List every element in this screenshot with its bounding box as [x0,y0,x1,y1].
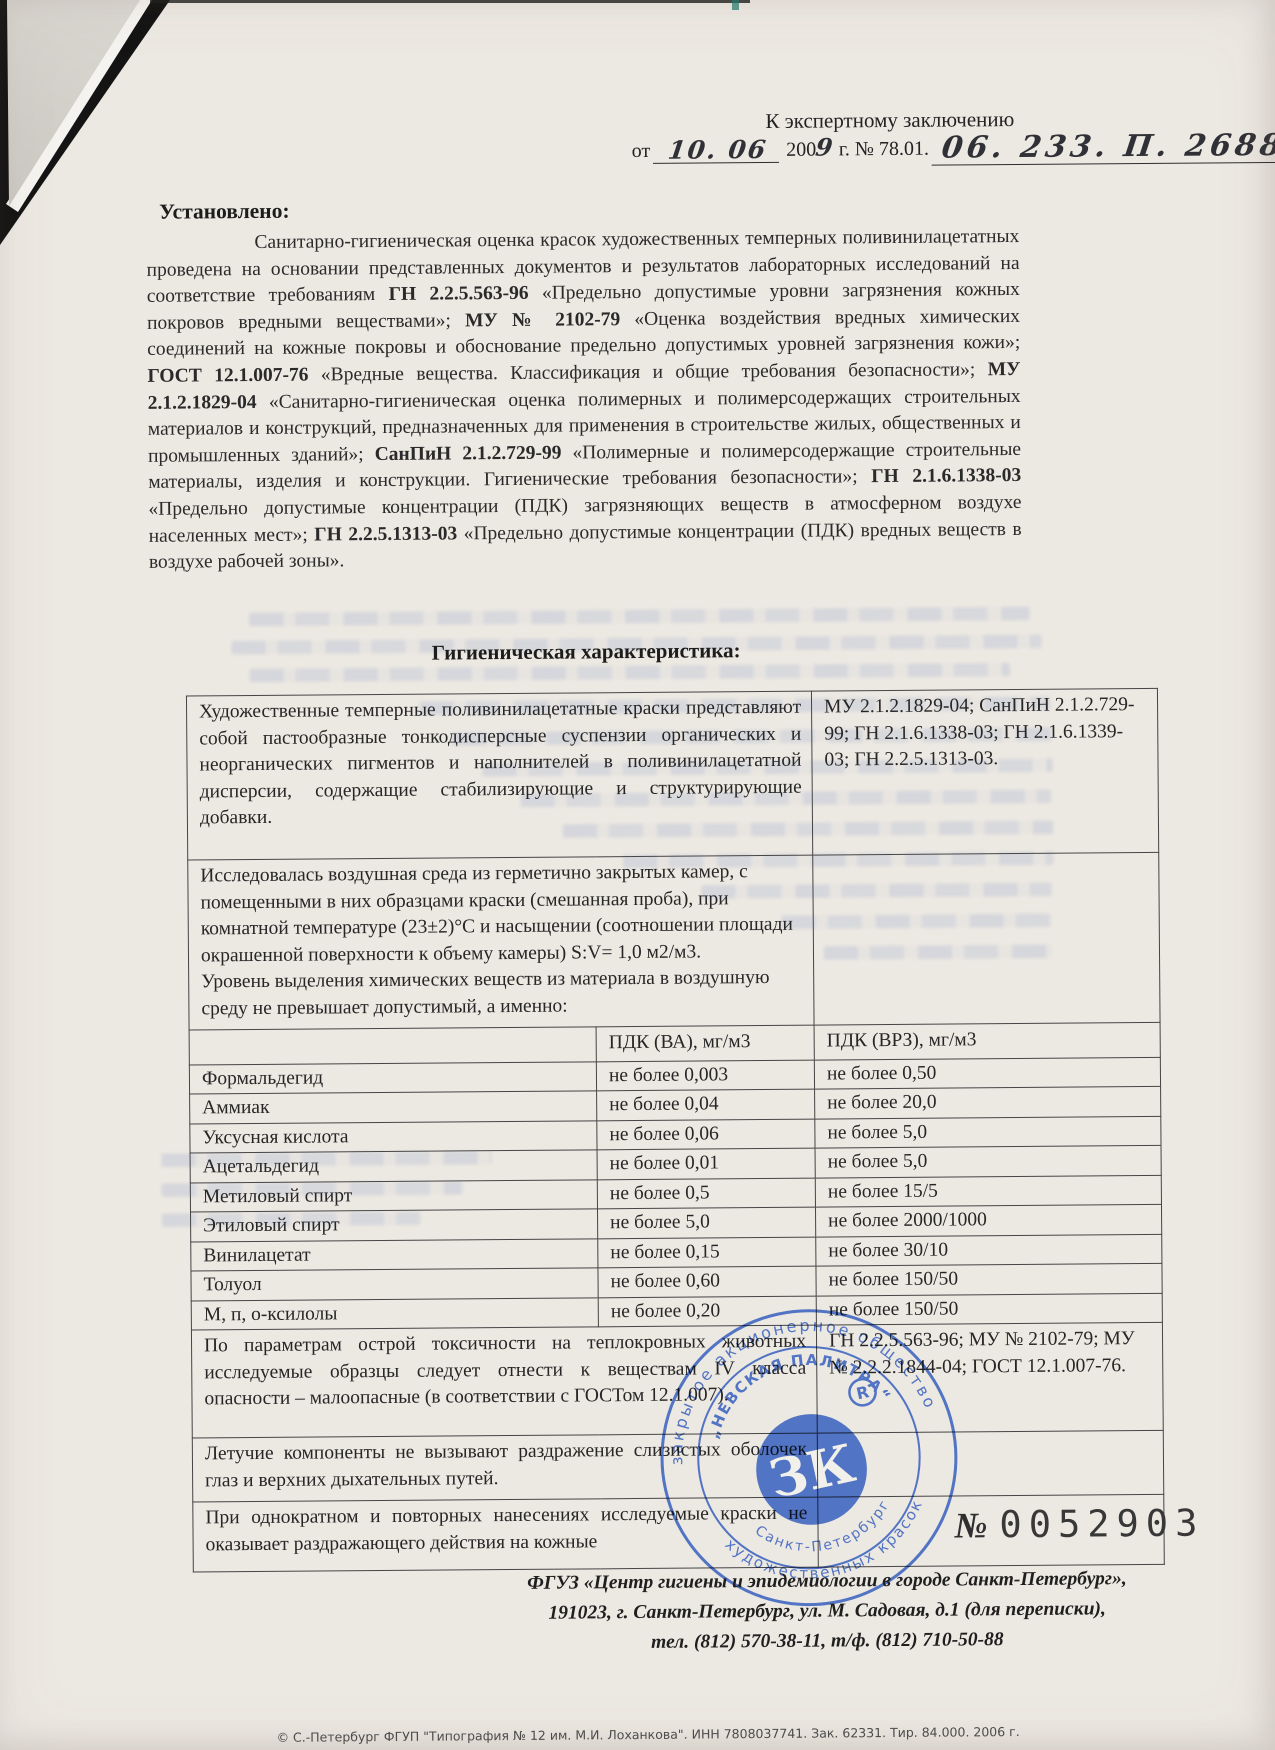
established-heading: Установлено: [159,199,290,225]
handwritten-date: 10. 06 [653,137,782,164]
test-method-cell: Исследовалась воздушная среда из гермети… [188,855,814,1030]
paint-description-row: Художественные темперные поливинилацетат… [186,688,1158,860]
substance-pdk-vrz: не более 0,50 [814,1057,1160,1089]
substance-pdk-va: не более 5,0 [597,1207,815,1238]
substance-pdk-va: не более 0,04 [597,1089,815,1120]
footer-phones: тел. (812) 570-38-11, т/ф. (812) 710-50-… [477,1624,1177,1659]
year-printed: 200 [786,139,816,161]
substance-pdk-vrz: не более 20,0 [815,1086,1161,1118]
footer-address: 191023, г. Санкт-Петербург, ул. М. Садов… [477,1594,1177,1629]
substance-name: Аммиак [190,1091,597,1124]
doc-number-prefix: г. № 78.01. [834,138,929,161]
print-house-imprint: © С.-Петербург ФГУП "Типография № 12 им.… [148,1723,1148,1746]
substance-pdk-vrz: не более 5,0 [815,1145,1161,1177]
test-method-paragraph-1: Исследовалась воздушная среда из гермети… [200,859,803,970]
substance-name: Формальдегид [189,1061,596,1094]
hygienic-characteristic-heading: Гигиеническая характеристика: [150,636,1023,668]
paint-description-cell: Художественные темперные поливинилацетат… [186,691,812,860]
substance-pdk-va: не более 0,60 [598,1266,816,1297]
substance-name: Уксусная кислота [190,1120,597,1153]
header-from-line: от 10. 06 2009 г. № 78.01. 06. 233. П. 2… [632,131,1275,168]
pdk-va-column-header: ПДК (ВА), мг/м3 [596,1025,814,1061]
document-body: К экспертному заключению от 10. 06 2009 … [0,0,1275,1750]
from-label: от [632,140,651,162]
substance-pdk-va: не более 0,01 [597,1148,815,1179]
substance-name: Винилацетат [191,1238,598,1271]
scanned-document-page: { "header": { "to_expert": "К экспертном… [0,0,1275,1750]
substance-pdk-va: не более 0,003 [596,1060,814,1091]
substance-column-header [189,1027,596,1065]
substance-name: Метиловый спирт [190,1179,597,1212]
test-method-paragraph-2: Уровень выделения химических веществ из … [201,965,803,1023]
substance-name: Ацетальдегид [190,1150,597,1183]
test-method-refs-cell [813,852,1160,1025]
test-method-row: Исследовалась воздушная среда из гермети… [188,852,1160,1030]
substance-pdk-va: не более 0,5 [597,1178,815,1209]
paint-description-refs-cell: МУ 2.1.2.1829-04; СанПиН 2.1.2.729-99; Г… [811,688,1158,855]
substance-pdk-vrz: не более 30/10 [816,1234,1162,1266]
serial-digits: 0052903 [999,1502,1204,1547]
issuing-organization-footer: ФГУЗ «Центр гигиены и эпидемиологии в го… [477,1564,1178,1659]
substance-pdk-vrz: не более 5,0 [815,1116,1161,1148]
established-paragraph: Санитарно-гигиеническая оценка красок ху… [146,224,1022,577]
handwritten-year-digit: 9 [815,135,836,159]
substance-pdk-vrz: не более 15/5 [815,1175,1161,1207]
substance-pdk-va: не более 0,06 [597,1119,815,1150]
substance-pdk-vrz: не более 2000/1000 [816,1204,1162,1236]
substance-name: Толуол [191,1268,598,1301]
pdk-vrz-column-header: ПДК (ВРЗ), мг/м3 [814,1022,1160,1059]
substance-name: М, п, о-ксилолы [191,1297,598,1330]
handwritten-doc-number: 06. 233. П. 2688 [932,131,1275,166]
substance-pdk-va: не более 0,15 [598,1237,816,1268]
substance-name: Этиловый спирт [191,1209,598,1242]
